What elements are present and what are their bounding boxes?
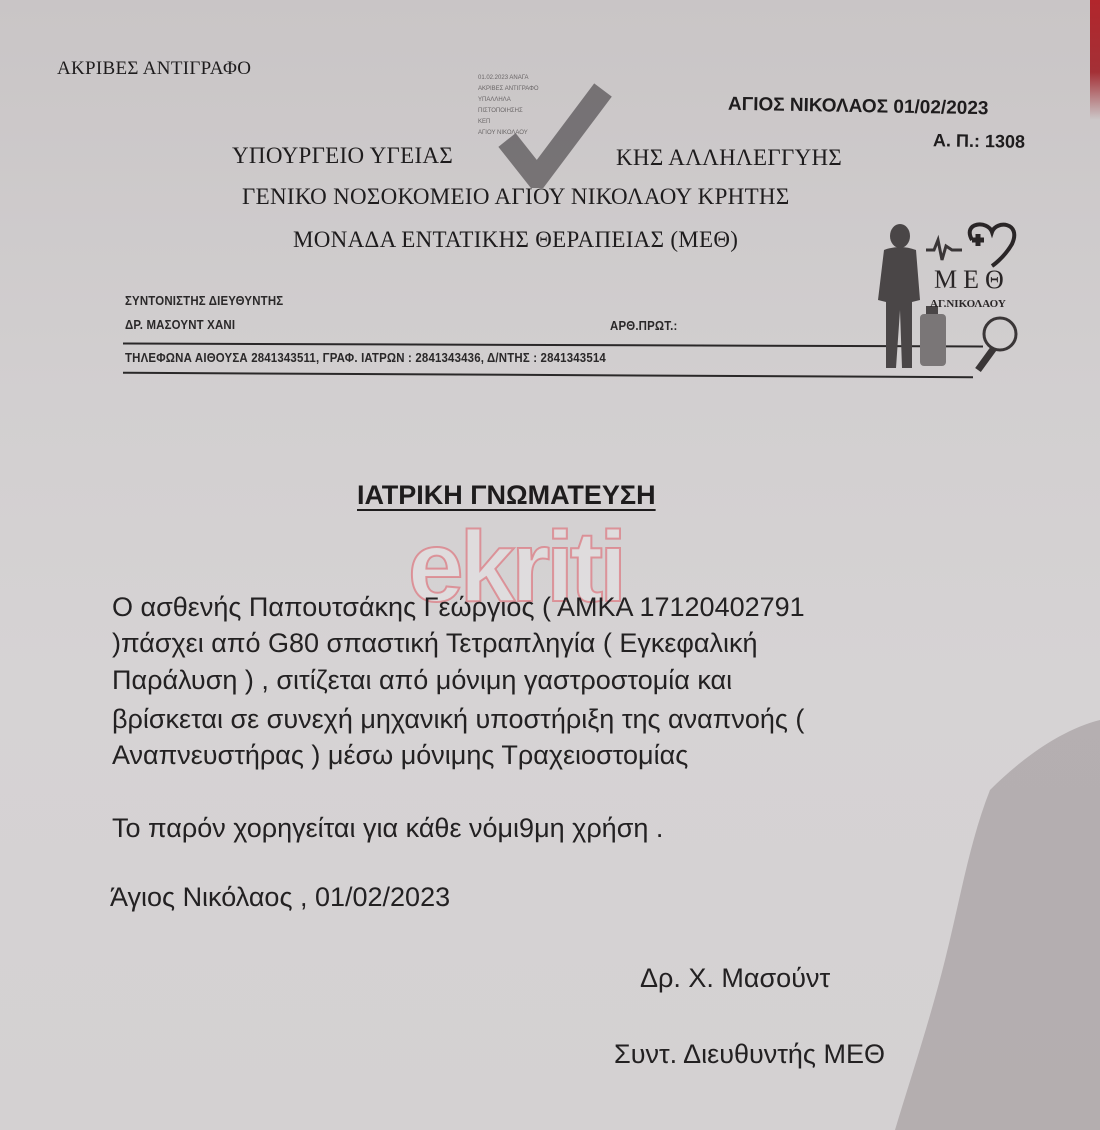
hospital-name: ΓΕΝΙΚΟ ΝΟΣΟΚΟΜΕΙΟ ΑΓΙΟΥ ΝΙΚΟΛΑΟΥ ΚΡΗΤΗΣ — [242, 184, 790, 210]
body-line: Αναπνευστήρας ) μέσω μόνιμης Τραχειοστομ… — [112, 740, 688, 771]
body-line: Παράλυση ) , σιτίζεται από μόνιμη γαστρο… — [112, 665, 732, 696]
usage-statement: Το παρόν χορηγείται για κάθε νόμι9μη χρή… — [112, 813, 663, 844]
checkmark-icon — [485, 78, 615, 188]
signature-name: Δρ. Χ. Μασούντ — [640, 963, 830, 994]
certified-copy-mark: ΑΚΡΙΒΕΣ ΑΝΤΙΓΡΑΦΟ — [57, 58, 251, 80]
body-line: Ο ασθενής Παπουτσάκης Γεώργιος ( ΑΜΚΑ 17… — [112, 592, 805, 623]
body-line: βρίσκεται σε συνεχή μηχανική υποστήριξη … — [112, 704, 804, 735]
svg-text:ΜΕΘ: ΜΕΘ — [934, 265, 1010, 294]
protocol-label: ΑΡΘ.ΠΡΩΤ.: — [610, 318, 678, 333]
document-title: ΙΑΤΡΙΚΗ ΓΝΩΜΑΤΕΥΣΗ — [357, 480, 656, 511]
coordinator-title: ΣΥΝΤΟΝΙΣΤΗΣ ΔΙΕΥΘΥΝΤΗΣ — [125, 293, 283, 308]
signature-title: Συντ. Διευθυντής ΜΕΘ — [614, 1039, 885, 1070]
coordinator-name: ΔΡ. ΜΑΣΟΥΝΤ ΧΑΝΙ — [125, 317, 235, 332]
red-edge-background — [1090, 0, 1100, 120]
svg-text:ΑΓ.ΝΙΚΟΛΑΟΥ: ΑΓ.ΝΙΚΟΛΑΟΥ — [930, 298, 1006, 310]
protocol-number: Α. Π.: 1308 — [933, 130, 1025, 153]
divider — [123, 372, 973, 378]
phone-numbers: ΤΗΛΕΦΩΝΑ ΑΙΘΟΥΣΑ 2841343511, ΓΡΑΦ. ΙΑΤΡΩ… — [125, 350, 606, 365]
body-line: )πάσχει από G80 σπαστική Τετραπληγία ( Ε… — [112, 628, 758, 659]
divider — [123, 342, 983, 347]
icu-logo: ΜΕΘ ΑΓ.ΝΙΚΟΛΑΟΥ — [862, 210, 1062, 380]
ministry-name-cont: ΚΗΣ ΑΛΛΗΛΕΓΓΥΗΣ — [616, 145, 842, 171]
icu-logo-icon: ΜΕΘ ΑΓ.ΝΙΚΟΛΑΟΥ — [862, 210, 1062, 380]
unit-name: ΜΟΝΑΔΑ ΕΝΤΑΤΙΚΗΣ ΘΕΡΑΠΕΙΑΣ (ΜΕΘ) — [293, 227, 738, 253]
ministry-name: ΥΠΟΥΡΓΕΙΟ ΥΓΕΙΑΣ — [232, 143, 453, 169]
document-page: ΑΚΡΙΒΕΣ ΑΝΤΙΓΡΑΦΟ 01.02.2023 ΑΝΑΓΑ ΑΚΡΙΒ… — [0, 0, 1100, 1130]
closing-place-date: Άγιος Νικόλαος , 01/02/2023 — [110, 882, 450, 913]
header-place-date: ΑΓΙΟΣ ΝΙΚΟΛΑΟΣ 01/02/2023 — [728, 94, 989, 121]
